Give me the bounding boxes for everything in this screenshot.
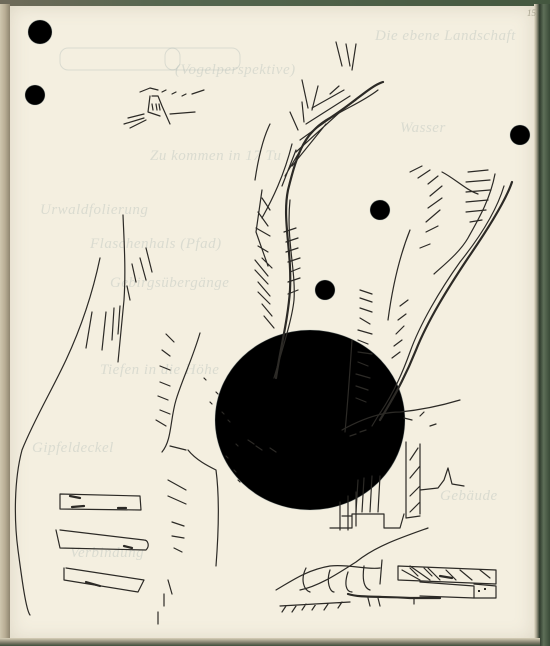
- three-slab-sketch: [56, 480, 186, 624]
- hatched-ridge-sketch: [255, 42, 383, 378]
- bleed-through-marks: [25, 20, 530, 510]
- scanned-sketchbook: Die ebene Landschaft (Vogelperspektive) …: [0, 0, 550, 646]
- small-tower-sketch: [124, 88, 204, 128]
- pen-sketches: [0, 0, 550, 646]
